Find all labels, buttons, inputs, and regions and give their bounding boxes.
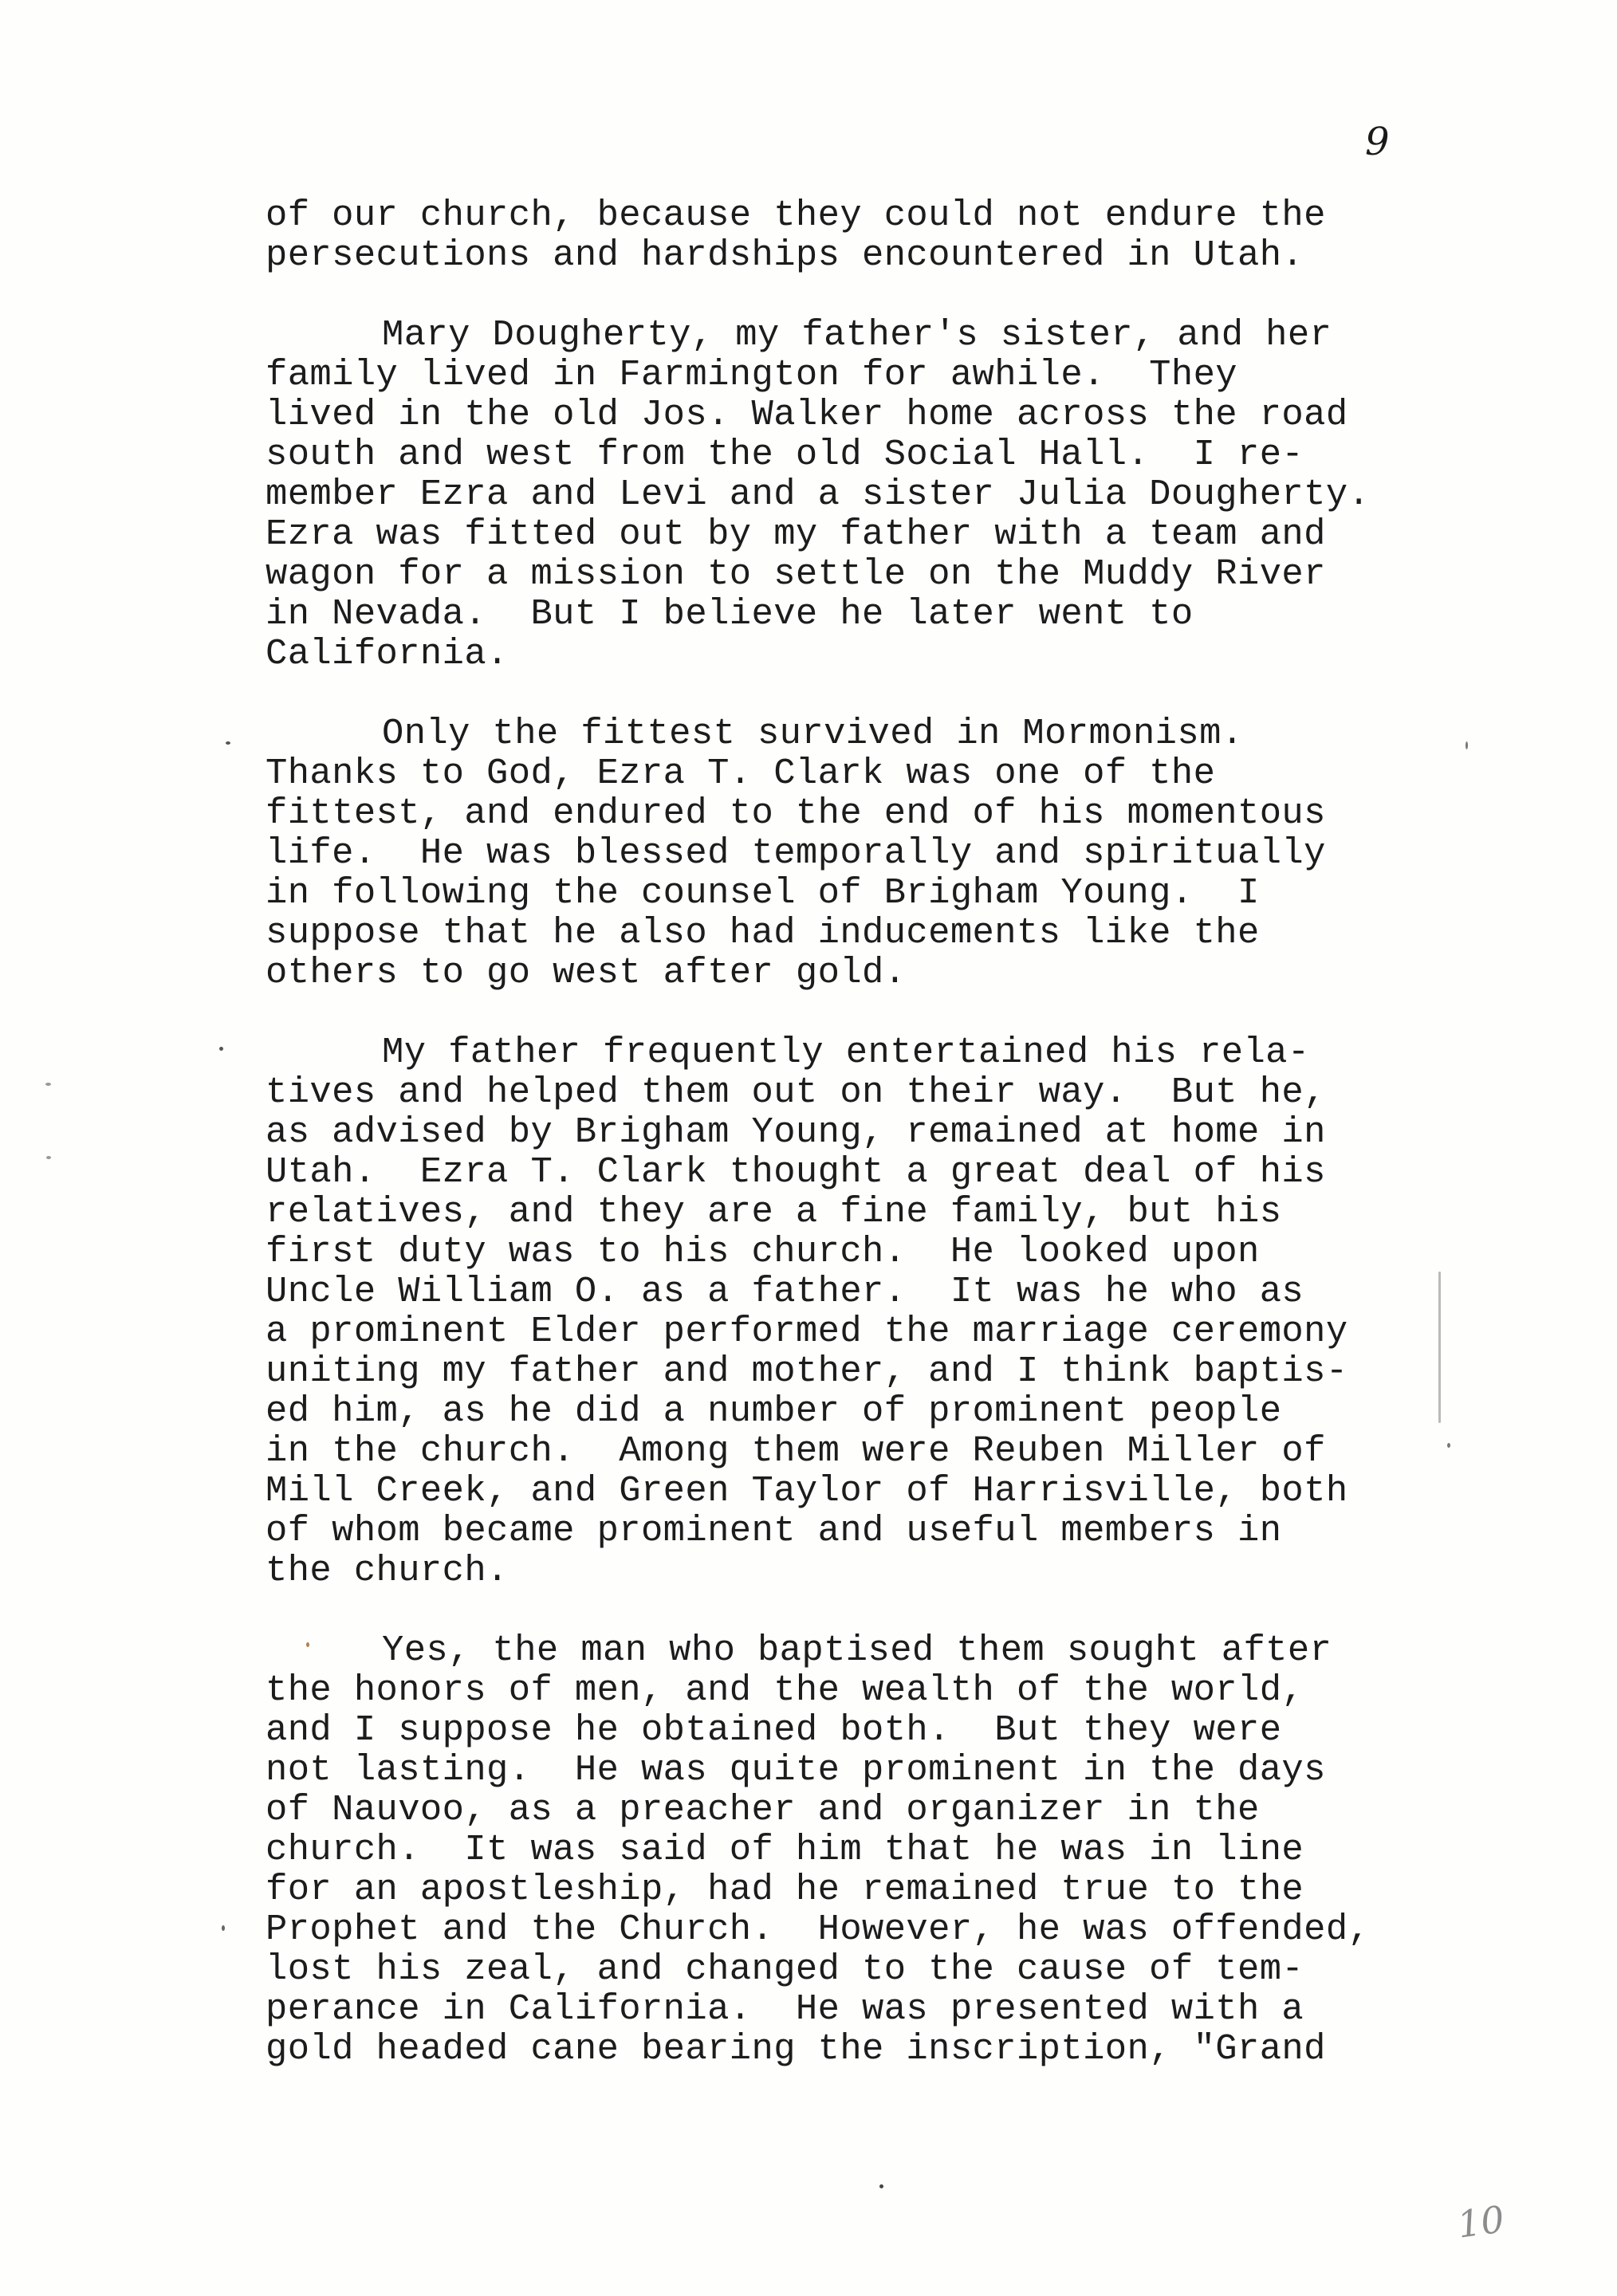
paragraph-3: Only the fittest survived in Mormonism. …: [266, 714, 1477, 993]
text-line: uniting my father and mother, and I thin…: [266, 1351, 1477, 1391]
text-line: a prominent Elder performed the marriage…: [266, 1311, 1477, 1351]
text-line: in following the counsel of Brigham Youn…: [266, 873, 1477, 913]
scan-speck: [226, 741, 230, 745]
page-body: of our church, because they could not en…: [266, 195, 1477, 2109]
text-line: the church.: [266, 1551, 1477, 1590]
handwritten-page-annotation: 10: [1455, 2197, 1507, 2247]
text-line: not lasting. He was quite prominent in t…: [266, 1750, 1477, 1790]
paragraph-4: My father frequently entertained his rel…: [266, 1032, 1477, 1590]
text-line: member Ezra and Levi and a sister Julia …: [266, 474, 1477, 514]
text-line: Uncle William O. as a father. It was he …: [266, 1272, 1477, 1311]
paragraph-2: Mary Dougherty, my father's sister, and …: [266, 315, 1477, 674]
text-line: tives and helped them out on their way. …: [266, 1072, 1477, 1112]
text-line: wagon for a mission to settle on the Mud…: [266, 554, 1477, 594]
text-line: Prophet and the Church. However, he was …: [266, 1909, 1477, 1949]
paragraph-5: Yes, the man who baptised them sought af…: [266, 1630, 1477, 2069]
text-line: of whom became prominent and useful memb…: [266, 1511, 1477, 1551]
scan-speck: [1466, 741, 1468, 749]
scan-speck: [879, 2184, 883, 2188]
text-line: the honors of men, and the wealth of the…: [266, 1670, 1477, 1710]
text-line: Utah. Ezra T. Clark thought a great deal…: [266, 1152, 1477, 1192]
typewritten-page: 9 of our church, because they could not …: [0, 0, 1617, 2296]
text-line: church. It was said of him that he was i…: [266, 1830, 1477, 1869]
text-line: relatives, and they are a fine family, b…: [266, 1192, 1477, 1232]
text-line: lost his zeal, and changed to the cause …: [266, 1949, 1477, 1989]
text-line: of our church, because they could not en…: [266, 195, 1477, 235]
text-line: Ezra was fitted out by my father with a …: [266, 514, 1477, 554]
scan-speck: [1447, 1443, 1450, 1448]
scan-speck: [306, 1642, 309, 1647]
pencil-margin-mark: [1438, 1272, 1441, 1423]
scan-speck: [46, 1156, 51, 1159]
text-line: My father frequently entertained his rel…: [266, 1032, 1477, 1072]
text-line: ed him, as he did a number of prominent …: [266, 1391, 1477, 1431]
paragraph-1: of our church, because they could not en…: [266, 195, 1477, 275]
text-line: first duty was to his church. He looked …: [266, 1232, 1477, 1272]
text-line: family lived in Farmington for awhile. T…: [266, 355, 1477, 395]
text-line: persecutions and hardships encountered i…: [266, 235, 1477, 275]
text-line: lived in the old Jos. Walker home across…: [266, 395, 1477, 434]
page-number: 9: [1365, 120, 1390, 164]
scan-speck: [219, 1047, 223, 1051]
text-line: others to go west after gold.: [266, 953, 1477, 993]
text-line: California.: [266, 634, 1477, 674]
scan-speck: [222, 1925, 225, 1931]
text-line: Mary Dougherty, my father's sister, and …: [266, 315, 1477, 355]
text-line: Only the fittest survived in Mormonism.: [266, 714, 1477, 753]
text-line: Mill Creek, and Green Taylor of Harrisvi…: [266, 1471, 1477, 1511]
text-line: of Nauvoo, as a preacher and organizer i…: [266, 1790, 1477, 1830]
text-line: for an apostleship, had he remained true…: [266, 1869, 1477, 1909]
text-line: in the church. Among them were Reuben Mi…: [266, 1431, 1477, 1471]
text-line: suppose that he also had inducements lik…: [266, 913, 1477, 953]
text-line: Yes, the man who baptised them sought af…: [266, 1630, 1477, 1670]
text-line: gold headed cane bearing the inscription…: [266, 2029, 1477, 2069]
text-line: as advised by Brigham Young, remained at…: [266, 1112, 1477, 1152]
text-line: in Nevada. But I believe he later went t…: [266, 594, 1477, 634]
text-line: fittest, and endured to the end of his m…: [266, 793, 1477, 833]
text-line: south and west from the old Social Hall.…: [266, 434, 1477, 474]
scan-speck: [45, 1083, 51, 1086]
text-line: Thanks to God, Ezra T. Clark was one of …: [266, 753, 1477, 793]
text-line: life. He was blessed temporally and spir…: [266, 833, 1477, 873]
text-line: and I suppose he obtained both. But they…: [266, 1710, 1477, 1750]
text-line: perance in California. He was presented …: [266, 1989, 1477, 2029]
